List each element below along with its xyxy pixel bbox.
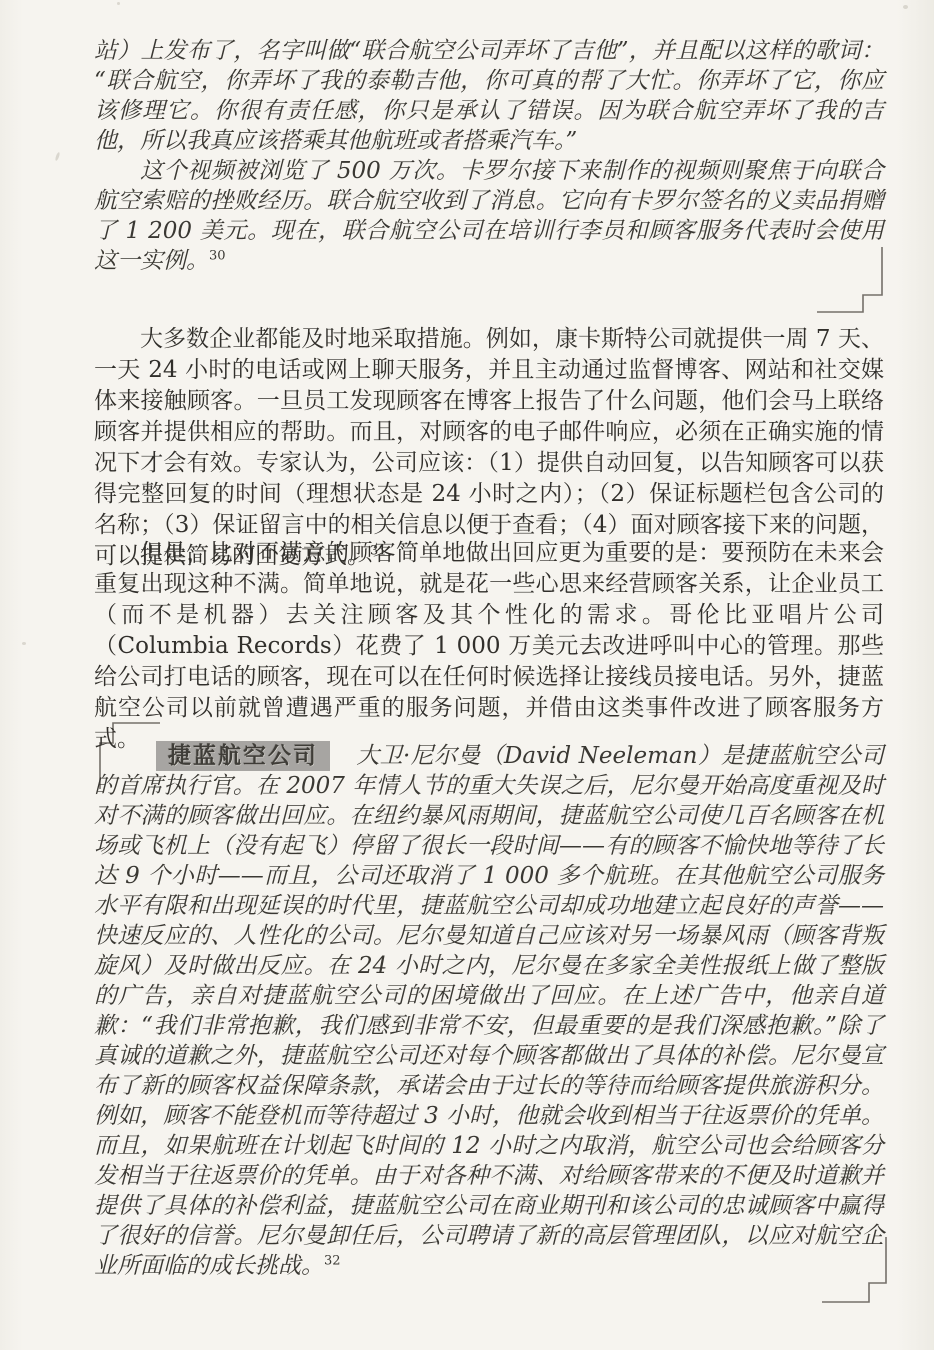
paragraph-text: 大卫·尼尔曼（David Neeleman）是捷蓝航空公司的首席执行官。在 20…: [94, 743, 884, 1279]
paragraph-text: 大多数企业都能及时地采取措施。例如，康卡斯特公司就提供一周 7 天、一天 24 …: [94, 326, 884, 569]
paragraph: 大多数企业都能及时地采取措施。例如，康卡斯特公司就提供一周 7 天、一天 24 …: [94, 324, 884, 572]
endnote-ref-32: 32: [324, 1253, 341, 1268]
paragraph-text: 站）上发布了，名字叫做“联合航空公司弄坏了吉他”，并且配以这样的歌词：“联合航空…: [94, 38, 884, 154]
united-box-paragraph-2: 这个视频被浏览了 500 万次。卡罗尔接下来制作的视频则聚焦于向联合航空索赔的挫…: [94, 156, 884, 276]
jetblue-case-box: 捷蓝航空公司大卫·尼尔曼（David Neeleman）是捷蓝航空公司的首席执行…: [94, 741, 884, 1281]
paragraph-text: 但是，比对不满意的顾客简单地做出回应更为重要的是：要预防在未来会重复出现这种不满…: [94, 540, 884, 752]
paragraph: 但是，比对不满意的顾客简单地做出回应更为重要的是：要预防在未来会重复出现这种不满…: [94, 538, 884, 755]
scan-artifact: [22, 642, 26, 645]
scan-artifact: [903, 5, 908, 9]
endnote-ref-30: 30: [209, 248, 226, 263]
body-paragraph-1: 大多数企业都能及时地采取措施。例如，康卡斯特公司就提供一周 7 天、一天 24 …: [94, 324, 884, 572]
scan-artifact: [117, 2, 120, 5]
scan-artifact: [55, 152, 61, 161]
scanned-book-page: 站）上发布了，名字叫做“联合航空公司弄坏了吉他”，并且配以这样的歌词：“联合航空…: [0, 0, 934, 1350]
united-box-paragraph-1: 站）上发布了，名字叫做“联合航空公司弄坏了吉他”，并且配以这样的歌词：“联合航空…: [94, 36, 884, 156]
body-paragraph-2: 但是，比对不满意的顾客简单地做出回应更为重要的是：要预防在未来会重复出现这种不满…: [94, 538, 884, 755]
jetblue-box-paragraph: 捷蓝航空公司大卫·尼尔曼（David Neeleman）是捷蓝航空公司的首席执行…: [94, 741, 884, 1281]
jetblue-case-label: 捷蓝航空公司: [156, 741, 330, 771]
united-case-box-continuation: 站）上发布了，名字叫做“联合航空公司弄坏了吉他”，并且配以这样的歌词：“联合航空…: [94, 36, 884, 276]
